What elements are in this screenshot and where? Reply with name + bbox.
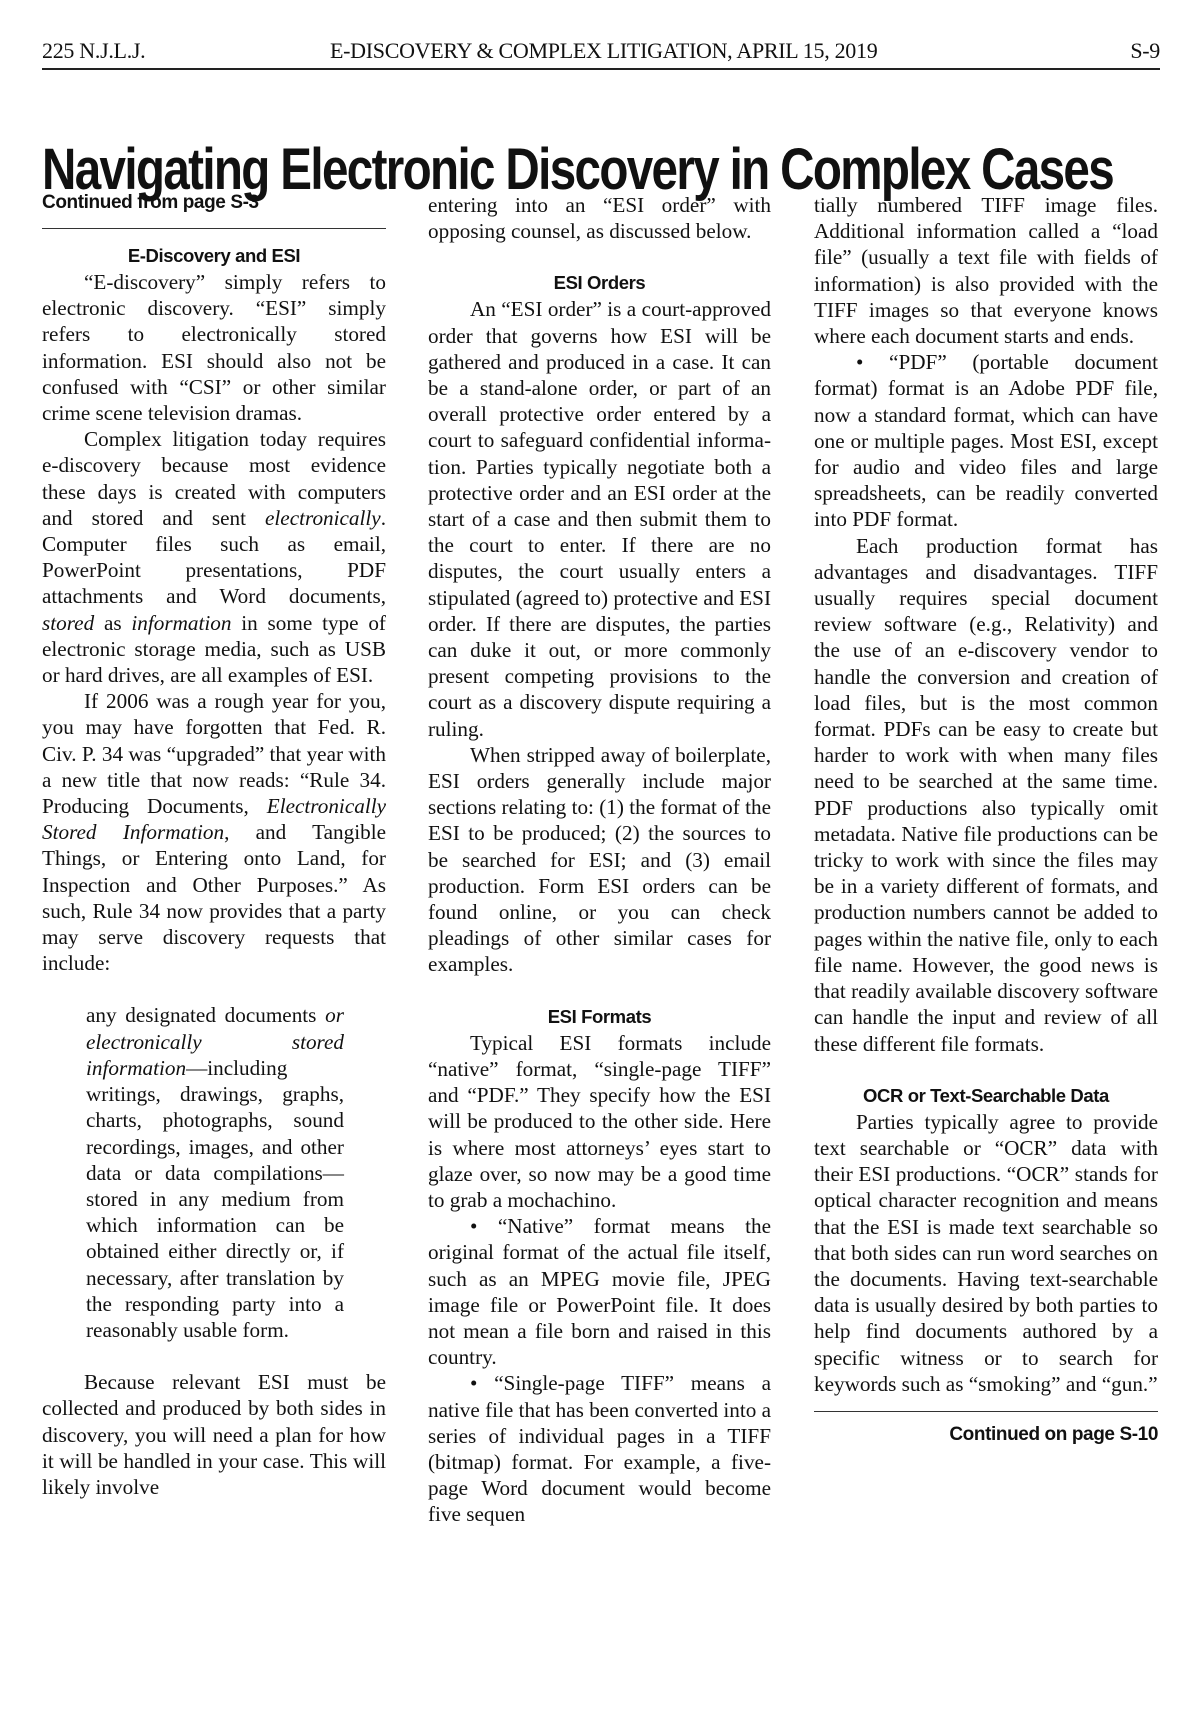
continued-from-label: Continued from page S-3 (42, 192, 386, 229)
rule-34-quote: any designated documents or electronical… (42, 1002, 386, 1343)
bullet-single-page-tiff: • “Single-page TIFF” means a native file… (428, 1370, 771, 1527)
column-3: tially numbered TIFF image files. Additi… (814, 192, 1158, 1448)
column-2: entering into an “ESI order” with opposi… (428, 192, 771, 1528)
paragraph: Typical ESI formats include “native” for… (428, 1030, 771, 1213)
paragraph: Parties typically agree to pro­vide text… (814, 1109, 1158, 1397)
bullet-pdf: • “PDF” (portable document format) forma… (814, 349, 1158, 532)
subhead-esi-orders: ESI Orders (428, 270, 771, 296)
paragraph: Because relevant ESI must be collected a… (42, 1369, 386, 1500)
paragraph: Each production format has advantages an… (814, 533, 1158, 1057)
subhead-esi-formats: ESI Formats (428, 1004, 771, 1030)
paragraph-continued: entering into an “ESI order” with opposi… (428, 192, 771, 244)
continued-on-label: Continued on page S-10 (814, 1411, 1158, 1448)
paragraph: If 2006 was a rough year for you, you ma… (42, 688, 386, 976)
paragraph: When stripped away of boil­erplate, ESI … (428, 742, 771, 978)
paragraph: An “ESI order” is a court-approved order… (428, 296, 771, 741)
column-1: Continued from page S-3 E-Discovery and … (42, 192, 386, 1500)
subhead-ocr: OCR or Text-Searchable Data (814, 1083, 1158, 1109)
paragraph: Complex litigation today requires e-disc… (42, 426, 386, 688)
volume-citation: 225 N.J.L.J. (42, 38, 145, 64)
paragraph: “E-discovery” simply refers to electroni… (42, 269, 386, 426)
section-date: E-DISCOVERY & COMPLEX LITIGATION, APRIL … (330, 38, 877, 64)
page-number: S-9 (1130, 38, 1160, 64)
bullet-native: • “Native” format means the original for… (428, 1213, 771, 1370)
paragraph-continued: tially numbered TIFF image files. Additi… (814, 192, 1158, 349)
running-head: 225 N.J.L.J. E-DISCOVERY & COMPLEX LITIG… (42, 34, 1160, 70)
subhead-ediscovery: E-Discovery and ESI (42, 243, 386, 269)
